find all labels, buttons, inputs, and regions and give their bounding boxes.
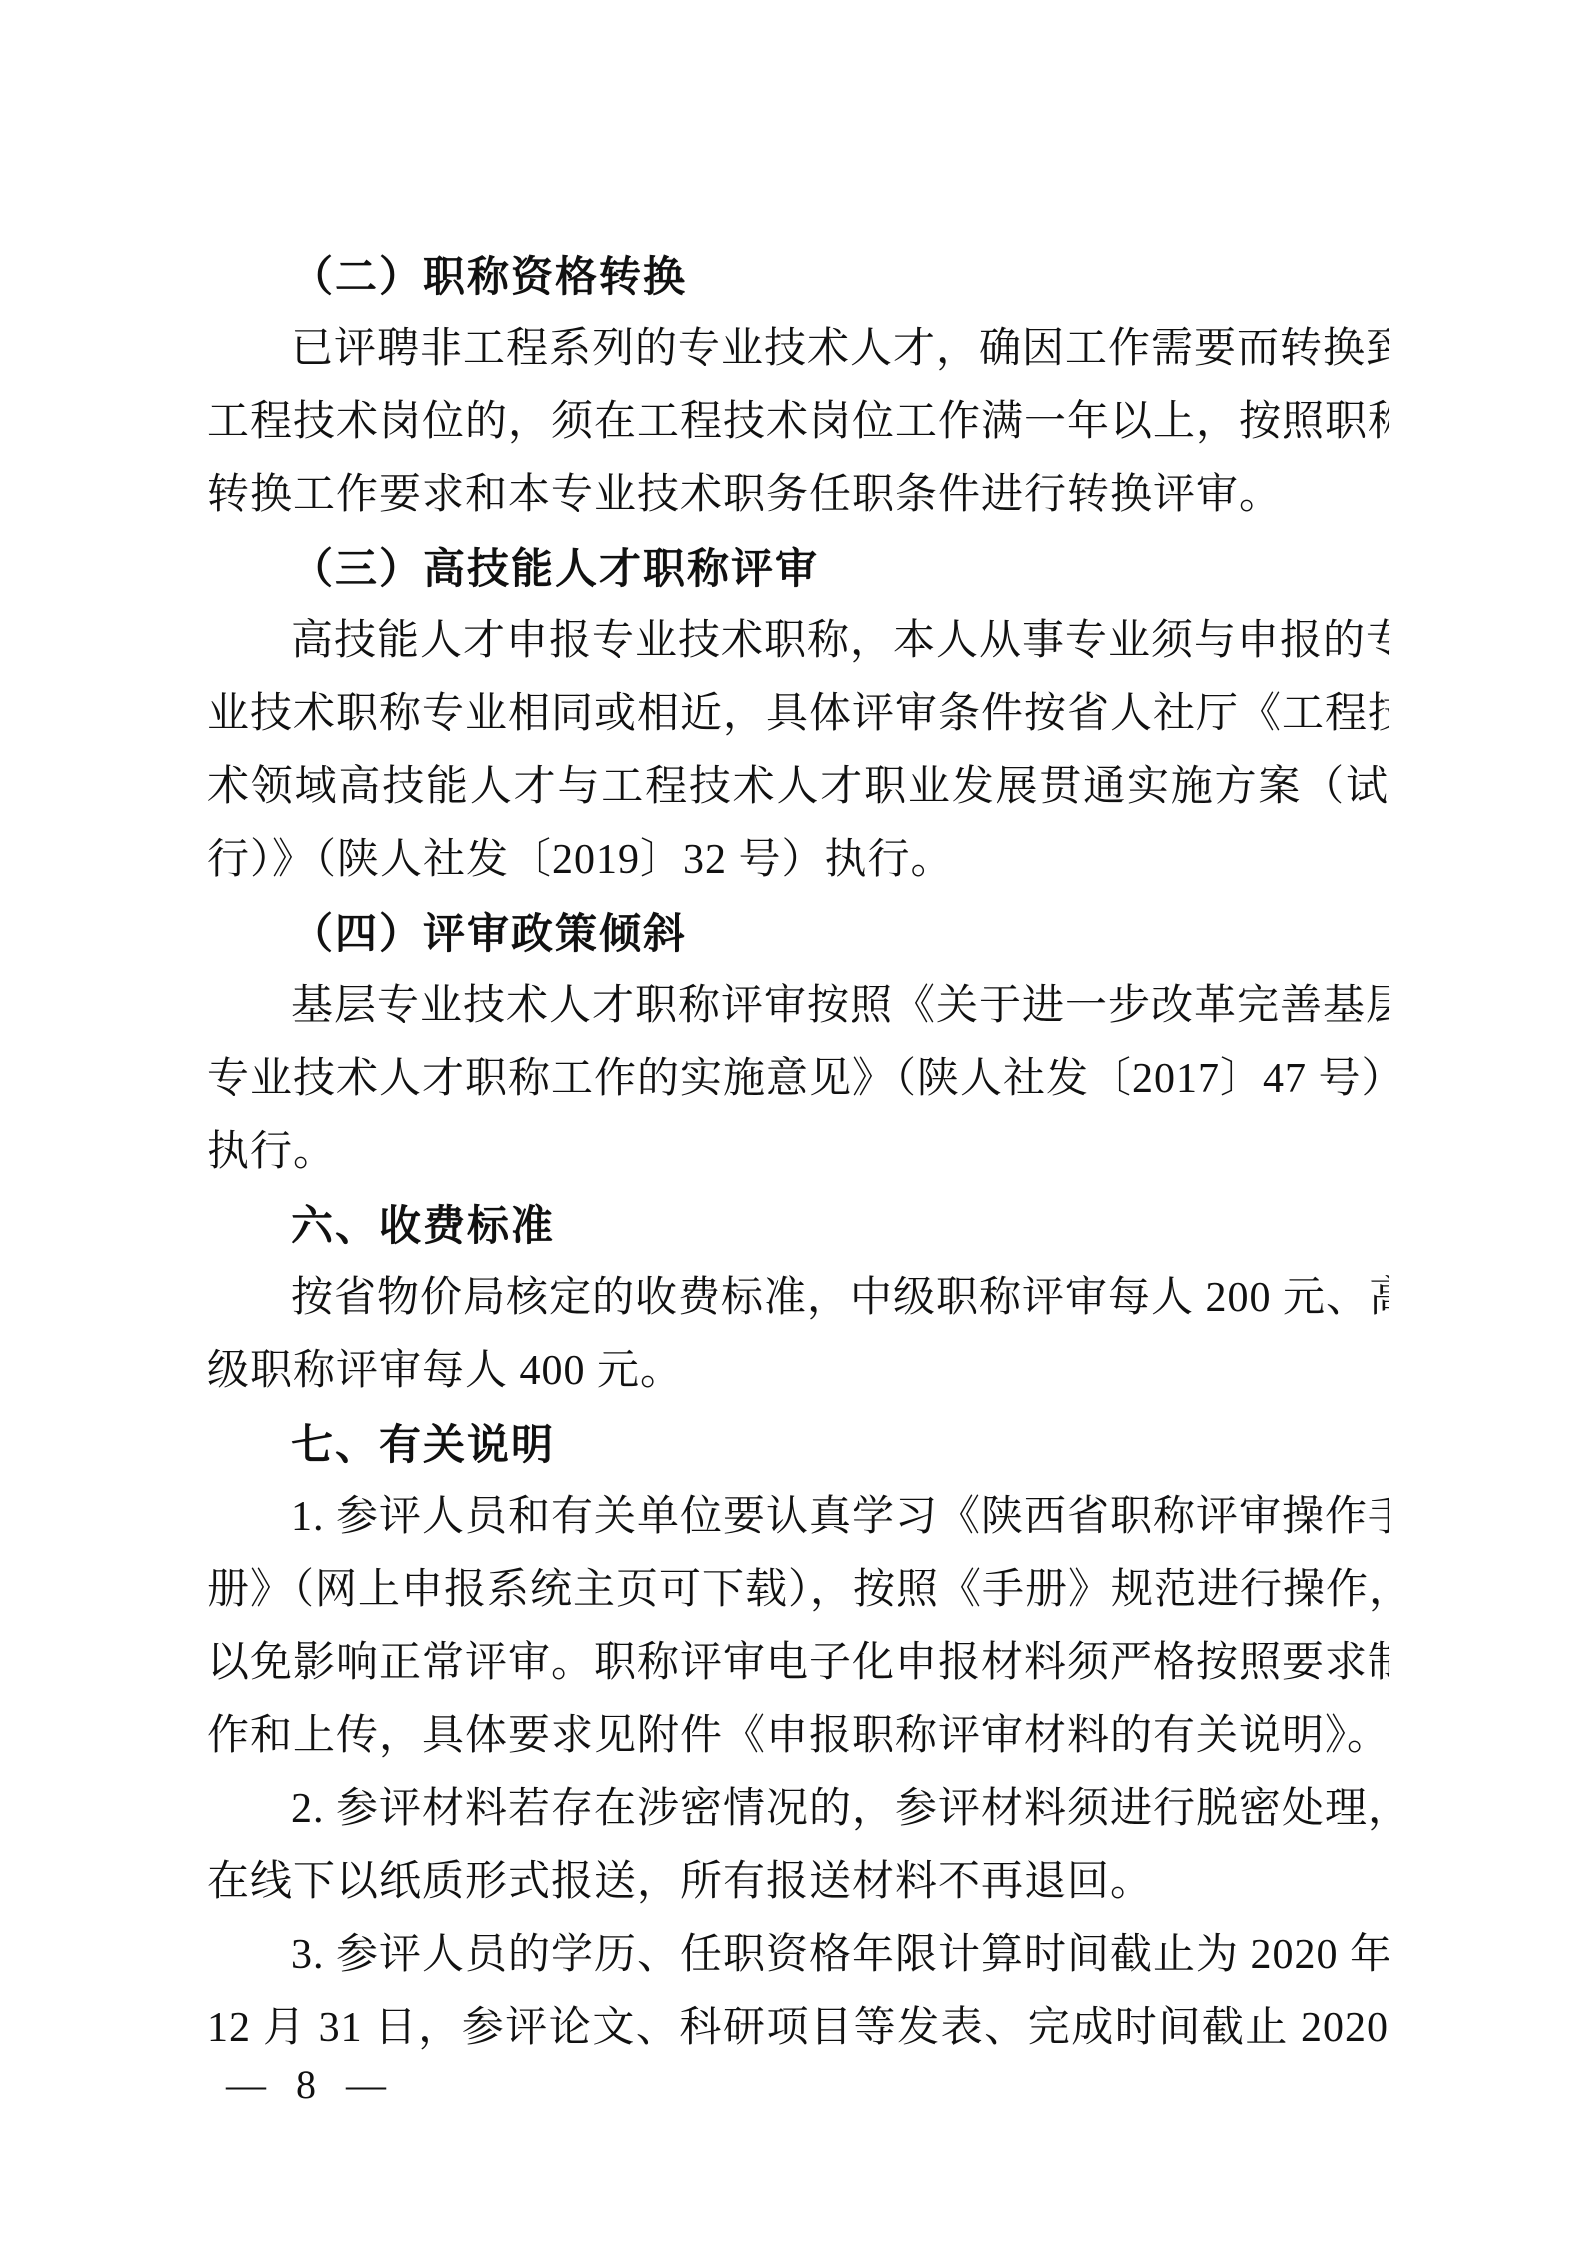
- section-heading: （二）职称资格转换: [207, 240, 1389, 313]
- body-text-line: 已评聘非工程系列的专业技术人才，确因工作需要而转换到: [207, 313, 1389, 386]
- section-heading: （三）高技能人才职称评审: [207, 532, 1389, 605]
- body-text-line: 工程技术岗位的，须在工程技术岗位工作满一年以上，按照职称: [207, 386, 1389, 459]
- body-text-line: 转换工作要求和本专业技术职务任职条件进行转换评审。: [207, 459, 1389, 532]
- body-text-line: 基层专业技术人才职称评审按照《关于进一步改革完善基层: [207, 970, 1389, 1043]
- body-text-line: 以免影响正常评审。职称评审电子化申报材料须严格按照要求制: [207, 1627, 1389, 1700]
- body-text-line: 专业技术人才职称工作的实施意见》（陕人社发〔2017〕47 号）: [207, 1043, 1389, 1116]
- body-text-line: 在线下以纸质形式报送，所有报送材料不再退回。: [207, 1846, 1389, 1919]
- section-heading: 七、有关说明: [207, 1408, 1389, 1481]
- body-text-line: 3. 参评人员的学历、任职资格年限计算时间截止为 2020 年: [207, 1919, 1389, 1992]
- document-body: （二）职称资格转换已评聘非工程系列的专业技术人才，确因工作需要而转换到工程技术岗…: [207, 240, 1389, 2065]
- section-heading: 六、收费标准: [207, 1189, 1389, 1262]
- body-text-line: 2. 参评材料若存在涉密情况的，参评材料须进行脱密处理，: [207, 1773, 1389, 1846]
- body-text-line: 业技术职称专业相同或相近，具体评审条件按省人社厅《工程技: [207, 678, 1389, 751]
- body-text-line: 册》（网上申报系统主页可下载），按照《手册》规范进行操作，: [207, 1554, 1389, 1627]
- body-text-line: 执行。: [207, 1116, 1389, 1189]
- body-text-line: 级职称评审每人 400 元。: [207, 1335, 1389, 1408]
- body-text-line: 行）》（陕人社发〔2019〕32 号）执行。: [207, 824, 1389, 897]
- section-heading: （四）评审政策倾斜: [207, 897, 1389, 970]
- document-page: （二）职称资格转换已评聘非工程系列的专业技术人才，确因工作需要而转换到工程技术岗…: [0, 0, 1587, 2245]
- body-text-line: 按省物价局核定的收费标准，中级职称评审每人 200 元、高: [207, 1262, 1389, 1335]
- body-text-line: 作和上传，具体要求见附件《申报职称评审材料的有关说明》。: [207, 1700, 1389, 1773]
- body-text-line: 高技能人才申报专业技术职称，本人从事专业须与申报的专: [207, 605, 1389, 678]
- body-text-line: 12 月 31 日，参评论文、科研项目等发表、完成时间截止 2020: [207, 1992, 1389, 2065]
- body-text-line: 1. 参评人员和有关单位要认真学习《陕西省职称评审操作手: [207, 1481, 1389, 1554]
- page-number: — 8 —: [226, 2060, 396, 2110]
- body-text-line: 术领域高技能人才与工程技术人才职业发展贯通实施方案（试: [207, 751, 1389, 824]
